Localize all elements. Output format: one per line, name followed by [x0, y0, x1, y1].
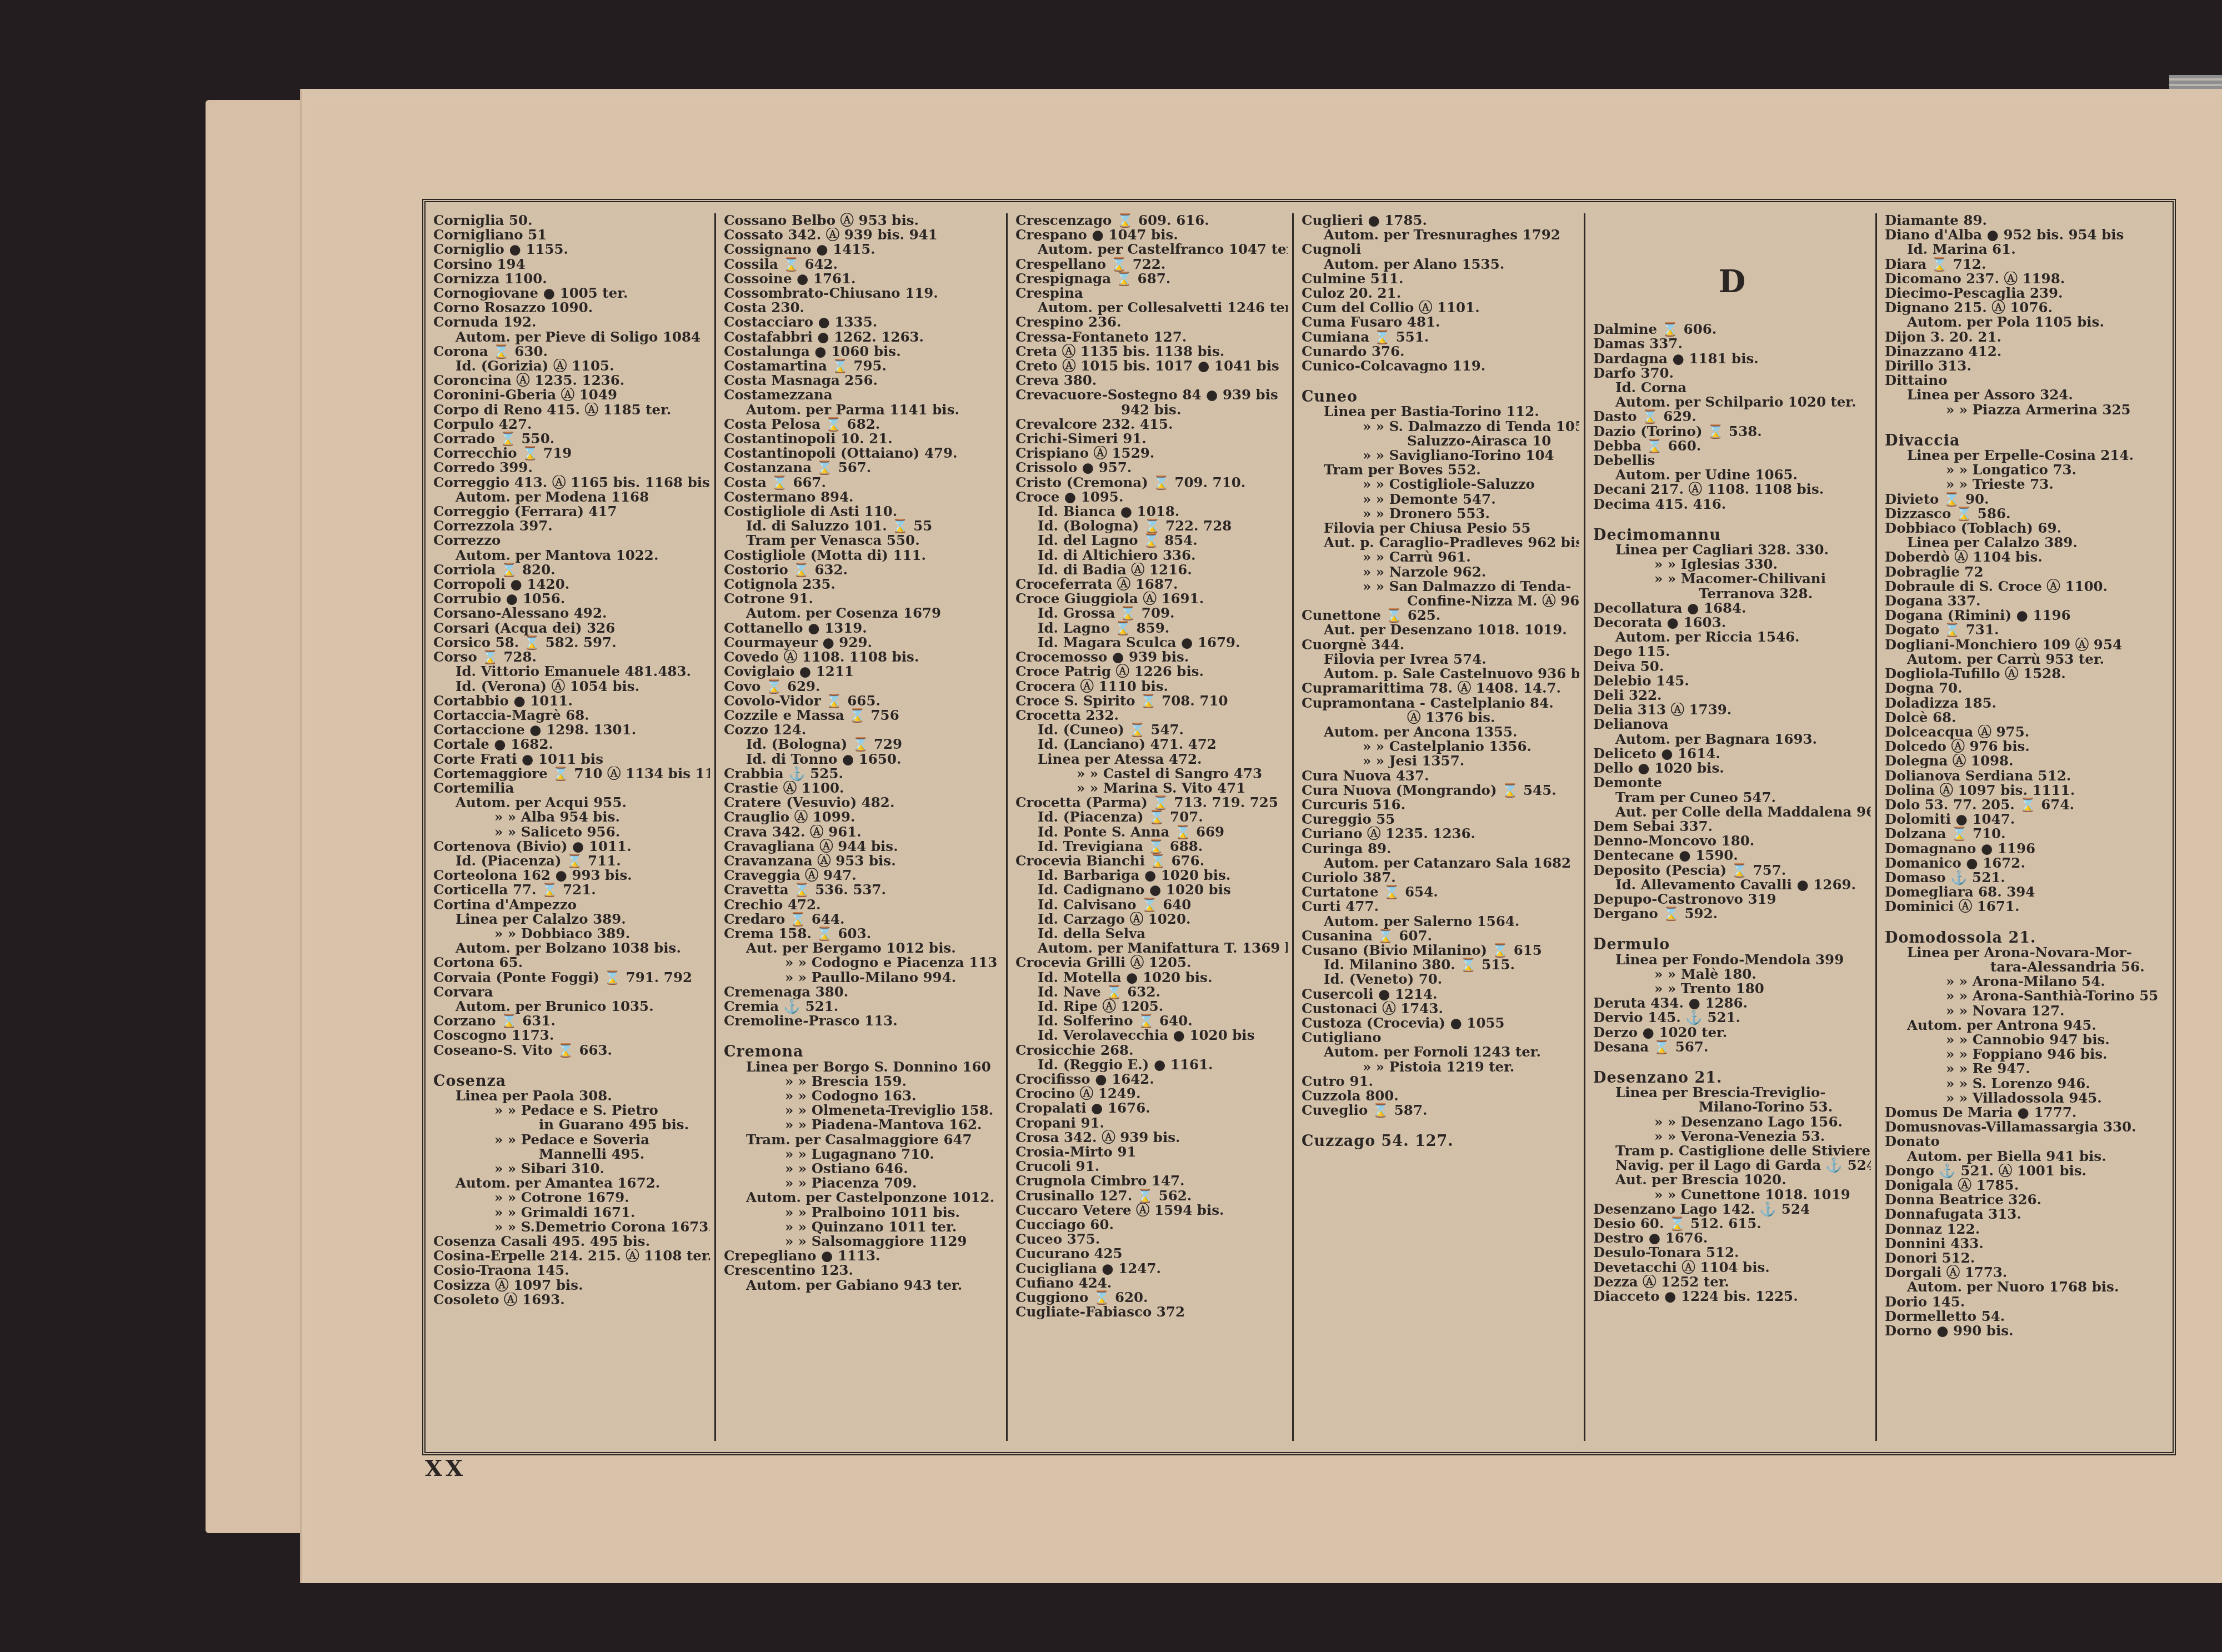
- index-entry: Dijon 3. 20. 21.: [1885, 330, 2168, 344]
- index-entry: Dentecane ● 1590.: [1593, 848, 1871, 863]
- index-entry: Damas 337.: [1593, 337, 1871, 351]
- index-entry: Coseano-S. Vito ⌛ 663.: [433, 1043, 710, 1058]
- index-entry: Croce Giuggiola Ⓐ 1691.: [1015, 592, 1288, 606]
- index-entry: Id. (Bologna) ⌛ 729: [724, 737, 1002, 752]
- index-entry: Desio 60. ⌛ 512. 615.: [1593, 1217, 1871, 1231]
- index-entry: Cozzile e Massa ⌛ 756: [724, 708, 1002, 723]
- index-entry: » » Pedace e S. Pietro: [433, 1103, 710, 1118]
- index-entry: Croceferrata Ⓐ 1687.: [1015, 577, 1288, 592]
- index-entry: » » Jesi 1357.: [1302, 754, 1579, 768]
- index-entry: Cucurano 425: [1015, 1246, 1288, 1261]
- index-entry: Creta Ⓐ 1135 bis. 1138 bis.: [1015, 344, 1288, 359]
- section-heading: Cuzzago 54. 127.: [1302, 1134, 1579, 1149]
- index-entry: Cosio-Traona 145.: [433, 1263, 710, 1278]
- index-entry: Deliceto ● 1614.: [1593, 747, 1871, 761]
- index-entry: Corno Rosazzo 1090.: [433, 301, 710, 315]
- index-entry: Crava 342. Ⓐ 961.: [724, 825, 1002, 839]
- index-entry: Crescentino 123.: [724, 1263, 1002, 1278]
- index-entry: » » Castelplanio 1356.: [1302, 739, 1579, 754]
- index-entry: Cuggiono ⌛ 620.: [1015, 1290, 1288, 1305]
- index-entry: » » Cannobio 947 bis.: [1885, 1033, 2168, 1047]
- index-entry: Dogato ⌛ 731.: [1885, 623, 2168, 637]
- index-entry: Diamante 89.: [1885, 213, 2168, 228]
- index-entry: » » Savigliano-Torino 104: [1302, 448, 1579, 463]
- index-entry: Desulo-Tonara 512.: [1593, 1245, 1871, 1260]
- index-entry: Cura Nuova (Mongrando) ⌛ 545.: [1302, 783, 1579, 798]
- index-entry: Cucigliana ● 1247.: [1015, 1261, 1288, 1276]
- index-entry: Terranova 328.: [1593, 587, 1871, 601]
- index-entry: Cortale ● 1682.: [433, 737, 710, 752]
- index-entry: Autom. per Gabiano 943 ter.: [724, 1278, 1002, 1293]
- index-entry: Costa 230.: [724, 301, 1002, 315]
- index-entry: Covedo Ⓐ 1108. 1108 bis.: [724, 650, 1002, 664]
- index-entry: Id. (Reggio E.) ● 1161.: [1015, 1058, 1288, 1072]
- index-entry: Crosa 342. Ⓐ 939 bis.: [1015, 1130, 1288, 1145]
- index-entry: » » Costigliole-Saluzzo: [1302, 477, 1579, 492]
- index-entry: Crabbia ⚓ 525.: [724, 767, 1002, 781]
- index-entry: » » Dronero 553.: [1302, 507, 1579, 521]
- index-column-1: Corniglia 50.Cornigliano 51Corniglio ● 1…: [426, 213, 714, 1441]
- index-entry: Cunico-Colcavagno 119.: [1302, 359, 1579, 373]
- index-entry: Dem Sebai 337.: [1593, 819, 1871, 834]
- index-entry: Debellis: [1593, 453, 1871, 468]
- index-entry: Corticella 77. ⌛ 721.: [433, 883, 710, 897]
- index-entry: Autom. per Schilpario 1020 ter.: [1593, 395, 1871, 409]
- index-entry: Autom. per Fornoli 1243 ter.: [1302, 1045, 1579, 1059]
- index-entry: Crespino 236.: [1015, 315, 1288, 329]
- index-entry: Cuglieri ● 1785.: [1302, 213, 1579, 228]
- index-entry: » » Foppiano 946 bis.: [1885, 1047, 2168, 1062]
- index-entry: Autom. per Manifattura T. 1369 bis: [1015, 941, 1288, 955]
- index-entry: » » Desenzano Lago 156.: [1593, 1115, 1871, 1129]
- index-entry: Dogana 337.: [1885, 594, 2168, 608]
- index-entry: Diacceto ● 1224 bis. 1225.: [1593, 1289, 1871, 1304]
- index-entry: Cunettone ⌛ 625.: [1302, 608, 1579, 623]
- index-column-6: Diamante 89.Diano d'Alba ● 952 bis. 954 …: [1875, 213, 2173, 1441]
- index-entry: Dinazzano 412.: [1885, 344, 2168, 359]
- index-entry: Darfo 370.: [1593, 366, 1871, 381]
- index-entry: Dorgali Ⓐ 1773.: [1885, 1265, 2168, 1280]
- index-entry: Costermano 894.: [724, 490, 1002, 504]
- index-entry: Curiolo 387.: [1302, 870, 1579, 885]
- index-entry: Crocevia Grilli Ⓐ 1205.: [1015, 955, 1288, 970]
- index-column-2: Cossano Belbo Ⓐ 953 bis.Cossato 342. Ⓐ 9…: [714, 213, 1006, 1441]
- index-entry: Autom. per Catanzaro Sala 1682: [1302, 856, 1579, 870]
- index-entry: Crosicchie 268.: [1015, 1043, 1288, 1058]
- index-entry: » » S.Demetrio Corona 1673.: [433, 1220, 710, 1234]
- index-entry: Autom. per Udine 1065.: [1593, 468, 1871, 482]
- index-entry: » » S. Lorenzo 946.: [1885, 1077, 2168, 1091]
- index-entry: Ⓐ 1376 bis.: [1302, 710, 1579, 725]
- index-entry: Linea per Assoro 324.: [1885, 388, 2168, 402]
- index-entry: Decorata ● 1603.: [1593, 615, 1871, 630]
- index-entry: Domusnovas-Villamassargia 330.: [1885, 1120, 2168, 1134]
- index-entry: Tram per Boves 552.: [1302, 463, 1579, 477]
- index-entry: Cravanzana Ⓐ 953 bis.: [724, 854, 1002, 868]
- index-entry: Costorio ⌛ 632.: [724, 563, 1002, 577]
- index-entry: Tram per Cuneo 547.: [1593, 790, 1871, 805]
- section-heading: Decimomannu: [1593, 528, 1871, 543]
- index-column-3: Crescenzago ⌛ 609. 616.Crespano ● 1047 b…: [1006, 213, 1292, 1441]
- index-entry: » » Trieste 73.: [1885, 477, 2168, 492]
- index-entry: Cupramarittima 78. Ⓐ 1408. 14.7.: [1302, 681, 1579, 695]
- index-entry: Dongo ⚓ 521. Ⓐ 1001 bis.: [1885, 1164, 2168, 1178]
- index-entry: Linea per Calalzo 389.: [1885, 535, 2168, 550]
- index-entry: Dorno ● 990 bis.: [1885, 1324, 2168, 1338]
- index-entry: Corsari (Acqua dei) 326: [433, 621, 710, 635]
- index-entry: » » Lugagnano 710.: [724, 1147, 1002, 1162]
- index-entry: Corropoli ● 1420.: [433, 577, 710, 592]
- index-entry: Corvara: [433, 985, 710, 999]
- index-entry: Cuma Fusaro 481.: [1302, 315, 1579, 329]
- index-entry: Cugnoli: [1302, 242, 1579, 257]
- index-entry: Crema 158. ⌛ 603.: [724, 927, 1002, 941]
- index-entry: Linea per Calalzo 389.: [433, 912, 710, 927]
- index-entry: Autom. per Nuoro 1768 bis.: [1885, 1280, 2168, 1294]
- index-entry: Confine-Nizza M. Ⓐ 960 ter.: [1302, 594, 1579, 608]
- index-entry: » » Novara 127.: [1885, 1004, 2168, 1018]
- index-entry: Costamezzana: [724, 388, 1002, 402]
- index-entry: Cossignano ● 1415.: [724, 242, 1002, 257]
- index-entry: Cosenza Casali 495. 495 bis.: [433, 1234, 710, 1249]
- index-entry: Dittaino: [1885, 373, 2168, 388]
- index-entry: Corso ⌛ 728.: [433, 650, 710, 664]
- index-entry: tara-Alessandria 56.: [1885, 960, 2168, 974]
- index-entry: » » Arona-Milano 54.: [1885, 974, 2168, 989]
- index-entry: Deruta 434. ● 1286.: [1593, 996, 1871, 1010]
- index-entry: Cornizza 1100.: [433, 272, 710, 286]
- index-entry: Corpulo 427.: [433, 417, 710, 432]
- index-entry: Aut. per Desenzano 1018. 1019.: [1302, 623, 1579, 637]
- index-entry: Dasto ⌛ 629.: [1593, 409, 1871, 424]
- index-entry: Croce ● 1095.: [1015, 490, 1288, 504]
- index-entry: Autom. per Riccia 1546.: [1593, 630, 1871, 644]
- index-entry: » » Marina S. Vito 471: [1015, 781, 1288, 795]
- index-entry: Coviglaio ● 1211: [724, 664, 1002, 679]
- index-entry: Corvaia (Ponte Foggi) ⌛ 791. 792: [433, 970, 710, 985]
- index-entry: Devetacchi Ⓐ 1104 bis.: [1593, 1260, 1871, 1275]
- index-entry: Cortabbio ● 1011.: [433, 694, 710, 708]
- index-entry: Costalunga ● 1060 bis.: [724, 344, 1002, 359]
- index-entry: Dizzasco ⌛ 586.: [1885, 507, 2168, 521]
- index-entry: Autom. per Alano 1535.: [1302, 257, 1579, 272]
- index-entry: Id. (Lanciano) 471. 472: [1015, 737, 1288, 752]
- index-entry: Denno-Moncovo 180.: [1593, 834, 1871, 848]
- index-entry: Costafabbri ● 1262. 1263.: [724, 330, 1002, 344]
- index-entry: Id. Milanino 380. ⌛ 515.: [1302, 958, 1579, 972]
- index-entry: Corsano-Alessano 492.: [433, 606, 710, 620]
- index-entry: Crechio 472.: [724, 898, 1002, 912]
- index-entry: » » Codogno e Piacenza 113: [724, 955, 1002, 970]
- section-heading: Cosenza: [433, 1074, 710, 1089]
- index-entry: Costacciaro ● 1335.: [724, 315, 1002, 329]
- index-entry: Dogliani-Monchiero 109 Ⓐ 954: [1885, 638, 2168, 652]
- index-entry: Id. di Badia Ⓐ 1216.: [1015, 563, 1288, 577]
- index-entry: Id. (Gorizia) Ⓐ 1105.: [433, 359, 710, 373]
- section-heading: Cuneo: [1302, 390, 1579, 404]
- index-entry: Autom. per Collesalvetti 1246 ter: [1015, 301, 1288, 315]
- index-entry: Costa ⌛ 667.: [724, 475, 1002, 490]
- index-entry: Id. Trevigiana ⌛ 688.: [1015, 839, 1288, 854]
- index-entry: » » Piadena-Mantova 162.: [724, 1118, 1002, 1132]
- index-entry: Id. Nave ⌛ 632.: [1015, 985, 1288, 999]
- index-entry: » » Codogno 163.: [724, 1089, 1002, 1103]
- index-entry: Milano-Torino 53.: [1593, 1100, 1871, 1114]
- index-entry: Costantinopoli 10. 21.: [724, 432, 1002, 446]
- index-entry: 942 bis.: [1015, 403, 1288, 417]
- index-entry: » » San Dalmazzo di Tenda-: [1302, 579, 1579, 594]
- index-entry: Crepegliano ● 1113.: [724, 1249, 1002, 1263]
- index-entry: Domus De Maria ● 1777.: [1885, 1105, 2168, 1120]
- index-entry: Dolina Ⓐ 1097 bis. 1111.: [1885, 783, 2168, 798]
- index-entry: Id. Corna: [1593, 381, 1871, 395]
- index-entry: Cropani 91.: [1015, 1116, 1288, 1130]
- index-entry: » » Arona-Santhià-Torino 55: [1885, 989, 2168, 1003]
- index-entry: Curiano Ⓐ 1235. 1236.: [1302, 827, 1579, 841]
- index-entry: Delebio 145.: [1593, 674, 1871, 688]
- index-entry: Cossato 342. Ⓐ 939 bis. 941: [724, 228, 1002, 242]
- index-entry: Id. Cadignano ● 1020 bis: [1015, 883, 1288, 897]
- index-entry: Id. (Verona) Ⓐ 1054 bis.: [433, 679, 710, 694]
- index-entry: Cremia ⚓ 521.: [724, 999, 1002, 1014]
- index-entry: Costantinopoli (Ottaiano) 479.: [724, 446, 1002, 460]
- index-entry: Cura Nuova 437.: [1302, 769, 1579, 783]
- index-entry: Deiva 50.: [1593, 659, 1871, 674]
- index-entry: Tram. per Casalmaggiore 647: [724, 1133, 1002, 1147]
- index-entry: Dolo 53. 77. 205. ⌛ 674.: [1885, 798, 2168, 812]
- index-entry: Saluzzo-Airasca 10: [1302, 434, 1579, 448]
- index-entry: Decani 217. Ⓐ 1108. 1108 bis.: [1593, 482, 1871, 497]
- index-entry: Derzo ● 1020 ter.: [1593, 1025, 1871, 1040]
- index-entry: » » Sibari 310.: [433, 1162, 710, 1176]
- index-entry: Dolianova Serdiana 512.: [1885, 769, 2168, 783]
- index-column-4: Cuglieri ● 1785. Autom. per Tresnuraghes…: [1292, 213, 1584, 1441]
- index-entry: Domanico ● 1672.: [1885, 856, 2168, 870]
- index-entry: Autom. per Modena 1168: [433, 490, 710, 504]
- index-entry: » » Piazza Armerina 325: [1885, 403, 2168, 417]
- index-entry: Dazio (Torino) ⌛ 538.: [1593, 424, 1871, 439]
- index-entry: Cortenova (Bivio) ● 1011.: [433, 839, 710, 854]
- page-number: XX: [425, 1455, 466, 1481]
- index-entry: Id. Barbariga ● 1020 bis.: [1015, 868, 1288, 883]
- index-entry: Crocemosso ● 939 bis.: [1015, 650, 1288, 664]
- index-entry: Crissolo ● 957.: [1015, 460, 1288, 475]
- index-entry: Corrado ⌛ 550.: [433, 432, 710, 446]
- index-entry: Crespignaga ⌛ 687.: [1015, 272, 1288, 286]
- index-entry: » » Villadossola 945.: [1885, 1091, 2168, 1105]
- index-entry: Corniglio ● 1155.: [433, 242, 710, 257]
- index-entry: Linea per Paola 308.: [433, 1089, 710, 1103]
- index-entry: » » Macomer-Chilivani: [1593, 572, 1871, 586]
- index-entry: Dergano ⌛ 592.: [1593, 907, 1871, 921]
- index-entry: Id. del Lagno ⌛ 854.: [1015, 533, 1288, 548]
- index-entry: Cortemilia: [433, 781, 710, 795]
- index-entry: Donigala Ⓐ 1785.: [1885, 1178, 2168, 1193]
- index-entry: Crocino Ⓐ 1249.: [1015, 1087, 1288, 1101]
- index-entry: Navig. per il Lago di Garda ⚓ 524: [1593, 1158, 1871, 1173]
- index-entry: Id. di Altichiero 336.: [1015, 548, 1288, 563]
- index-entry: Aut. per Brescia 1020.: [1593, 1173, 1871, 1187]
- index-entry: Crastie Ⓐ 1100.: [724, 781, 1002, 795]
- index-entry: » » Salsomaggiore 1129: [724, 1234, 1002, 1249]
- index-entry: Dezza Ⓐ 1252 ter.: [1593, 1275, 1871, 1289]
- index-entry: Aut. per Colle della Maddalena 965: [1593, 805, 1871, 819]
- index-entry: » » Cunettone 1018. 1019: [1593, 1188, 1871, 1202]
- index-entry: Diano d'Alba ● 952 bis. 954 bis: [1885, 228, 2168, 242]
- index-entry: Cuccaro Vetere Ⓐ 1594 bis.: [1015, 1203, 1288, 1218]
- index-entry: Destro ● 1676.: [1593, 1231, 1871, 1245]
- index-entry: Decima 415. 416.: [1593, 497, 1871, 512]
- index-entry: Crucoli 91.: [1015, 1159, 1288, 1174]
- index-entry: Cossila ⌛ 642.: [724, 257, 1002, 272]
- index-entry: Dolceacqua Ⓐ 975.: [1885, 725, 2168, 739]
- index-entry: Crauglio Ⓐ 1099.: [724, 810, 1002, 824]
- index-entry: Id. (Piacenza) ⌛ 711.: [433, 854, 710, 868]
- index-entry: Cum del Collio Ⓐ 1101.: [1302, 301, 1579, 315]
- index-entry: Linea per Brescia-Treviglio-: [1593, 1085, 1871, 1100]
- index-entry: Id. (Piacenza) ⌛ 707.: [1015, 810, 1288, 824]
- index-entry: Crusinallo 127. ⌛ 562.: [1015, 1189, 1288, 1203]
- index-entry: Croce S. Spirito ⌛ 708. 710: [1015, 694, 1288, 708]
- index-entry: Aut. per Bergamo 1012 bis.: [724, 941, 1002, 955]
- index-entry: » » Ostiano 646.: [724, 1162, 1002, 1176]
- index-entry: Cumiana ⌛ 551.: [1302, 330, 1579, 344]
- index-entry: Corriola ⌛ 820.: [433, 563, 710, 577]
- index-entry: Crocifisso ● 1642.: [1015, 1072, 1288, 1087]
- index-entry: » » Alba 954 bis.: [433, 810, 710, 824]
- index-entry: Custonaci Ⓐ 1743.: [1302, 1002, 1579, 1016]
- index-entry: Cupramontana - Castelplanio 84.: [1302, 696, 1579, 710]
- index-entry: » » Saliceto 956.: [433, 825, 710, 839]
- index-entry: Id. Solferino ⌛ 640.: [1015, 1014, 1288, 1028]
- index-entry: » » Iglesias 330.: [1593, 557, 1871, 572]
- index-entry: Dobraglie 72: [1885, 565, 2168, 579]
- index-entry: Cortemaggiore ⌛ 710 Ⓐ 1134 bis 1134 ter: [433, 767, 710, 781]
- index-entry: Craveggia Ⓐ 947.: [724, 868, 1002, 883]
- index-entry: Costigliole (Motta di) 111.: [724, 548, 1002, 563]
- index-entry: Dicomano 237. Ⓐ 1198.: [1885, 272, 2168, 286]
- index-entry: Cremoline-Prasco 113.: [724, 1014, 1002, 1028]
- index-entry: Correcchio ⌛ 719: [433, 446, 710, 460]
- index-entry: Id. Vittorio Emanuele 481.483.: [433, 664, 710, 679]
- index-entry: Donnini 433.: [1885, 1237, 2168, 1251]
- index-entry: Linea per Erpelle-Cosina 214.: [1885, 448, 2168, 463]
- index-entry: Dalmine ⌛ 606.: [1593, 322, 1871, 337]
- index-entry: Cornuda 192.: [433, 315, 710, 329]
- index-entry: Crosia-Mirto 91: [1015, 1145, 1288, 1159]
- index-entry: » » Piacenza 709.: [724, 1176, 1002, 1190]
- index-entry: Corzano ⌛ 631.: [433, 1014, 710, 1028]
- index-entry: Cristo (Cremona) ⌛ 709. 710.: [1015, 475, 1288, 490]
- index-entry: Costigliole di Asti 110.: [724, 504, 1002, 519]
- index-entry: Correzzo: [433, 533, 710, 548]
- index-entry: Autom. per Pola 1105 bis.: [1885, 315, 2168, 329]
- index-entry: Autom. per Cosenza 1679: [724, 606, 1002, 620]
- index-entry: Cutro 91.: [1302, 1074, 1579, 1089]
- index-entry: Corniglia 50.: [433, 213, 710, 228]
- index-entry: Cornigliano 51: [433, 228, 710, 242]
- index-entry: Autom. per Bolzano 1038 bis.: [433, 941, 710, 955]
- index-entry: Id. Marina 61.: [1885, 242, 2168, 257]
- index-entry: Id. di Tonno ● 1650.: [724, 752, 1002, 767]
- index-entry: Cusanina ⌛ 607.: [1302, 929, 1579, 943]
- index-entry: Crespano ● 1047 bis.: [1015, 228, 1288, 242]
- index-entry: Id. della Selva: [1015, 927, 1288, 941]
- index-entry: Doberdò Ⓐ 1104 bis.: [1885, 550, 2168, 564]
- index-entry: Decollatura ● 1684.: [1593, 601, 1871, 615]
- index-entry: Dobraule di S. Croce Ⓐ 1100.: [1885, 579, 2168, 594]
- index-entry: Cusercoli ● 1214.: [1302, 987, 1579, 1002]
- index-entry: Crugnola Cimbro 147.: [1015, 1174, 1288, 1188]
- index-entry: Dobbiaco (Toblach) 69.: [1885, 521, 2168, 535]
- index-column-5: D Dalmine ⌛ 606.Damas 337.Dardagna ● 118…: [1584, 213, 1875, 1441]
- index-entry: Id. Bianca ● 1018.: [1015, 504, 1288, 519]
- index-entry: Id. Ponte S. Anna ⌛ 669: [1015, 825, 1288, 839]
- index-entry: Dolcedo Ⓐ 976 bis.: [1885, 739, 2168, 754]
- index-entry: Corsino 194: [433, 257, 710, 272]
- index-entry: Crocetta (Parma) ⌛ 713. 719. 725: [1015, 795, 1288, 810]
- index-entry: Id. Ripe Ⓐ 1205.: [1015, 999, 1288, 1014]
- index-entry: Linea per Bastia-Torino 112.: [1302, 404, 1579, 419]
- index-entry: Tram per Venasca 550.: [724, 533, 1002, 548]
- index-entry: Diecimo-Pescaglia 239.: [1885, 286, 2168, 301]
- index-entry: Desenzano Lago 142. ⚓ 524: [1593, 1202, 1871, 1217]
- index-entry: Cozzo 124.: [724, 723, 1002, 737]
- index-entry: Cunardo 376.: [1302, 344, 1579, 359]
- index-entry: Id. Grossa ⌛ 709.: [1015, 606, 1288, 620]
- index-entry: Cugliate-Fabiasco 372: [1015, 1305, 1288, 1319]
- index-entry: Donori 512.: [1885, 1251, 2168, 1265]
- index-entry: Cuveglio ⌛ 587.: [1302, 1103, 1579, 1118]
- index-entry: » » Re 947.: [1885, 1062, 2168, 1076]
- index-entry: Creva 380.: [1015, 373, 1288, 388]
- index-entry: Cropalati ● 1676.: [1015, 1101, 1288, 1115]
- index-entry: Demonte: [1593, 775, 1871, 790]
- index-entry: Cratere (Vesuvio) 482.: [724, 795, 1002, 810]
- index-entry: Autom. per Brunico 1035.: [433, 999, 710, 1014]
- index-entry: Autom. per Amantea 1672.: [433, 1176, 710, 1190]
- index-entry: Donato: [1885, 1134, 2168, 1149]
- index-entry: Cosizza Ⓐ 1097 bis.: [433, 1278, 710, 1293]
- index-entry: Cufiano 424.: [1015, 1276, 1288, 1290]
- index-entry: Id. Magara Sculca ● 1679.: [1015, 635, 1288, 650]
- index-entry: Cosoleto Ⓐ 1693.: [433, 1293, 710, 1307]
- index-entry: Id. di Saluzzo 101. ⌛ 55: [724, 519, 1002, 533]
- index-entry: Dirillo 313.: [1885, 359, 2168, 373]
- index-entry: Autom. p. Sale Castelnuovo 936 bis.: [1302, 667, 1579, 681]
- index-entry: » » Olmeneta-Treviglio 158.: [724, 1103, 1002, 1118]
- index-entry: Autom. per Pieve di Soligo 1084: [433, 330, 710, 344]
- index-entry: » » Brescia 159.: [724, 1074, 1002, 1089]
- index-entry: Custoza (Crocevia) ● 1055: [1302, 1016, 1579, 1030]
- index-entry: Id. Calvisano ⌛ 640: [1015, 898, 1288, 912]
- section-heading: Divaccia: [1885, 434, 2168, 448]
- index-entry: Diara ⌛ 712.: [1885, 257, 2168, 272]
- index-entry: Coronini-Gberia Ⓐ 1049: [433, 388, 710, 402]
- index-entry: Autom. per Ancona 1355.: [1302, 725, 1579, 739]
- index-entry: Correggio 413. Ⓐ 1165 bis. 1168 bis.: [433, 475, 710, 490]
- index-entry: in Guarano 495 bis.: [433, 1118, 710, 1132]
- index-entry: Correzzola 397.: [433, 519, 710, 533]
- index-entry: Aut. p. Caraglio-Pradleves 962 bis.: [1302, 535, 1579, 550]
- index-entry: Curcuris 516.: [1302, 798, 1579, 812]
- index-entry: Cressa-Fontaneto 127.: [1015, 330, 1288, 344]
- index-entry: Croce Patrig Ⓐ 1226 bis.: [1015, 664, 1288, 679]
- section-heading: Cremona: [724, 1045, 1002, 1059]
- index-entry: Cossoine ● 1761.: [724, 272, 1002, 286]
- index-entry: Crocevia Bianchi ⌛ 676.: [1015, 854, 1288, 868]
- index-entry: Coroncina Ⓐ 1235. 1236.: [433, 373, 710, 388]
